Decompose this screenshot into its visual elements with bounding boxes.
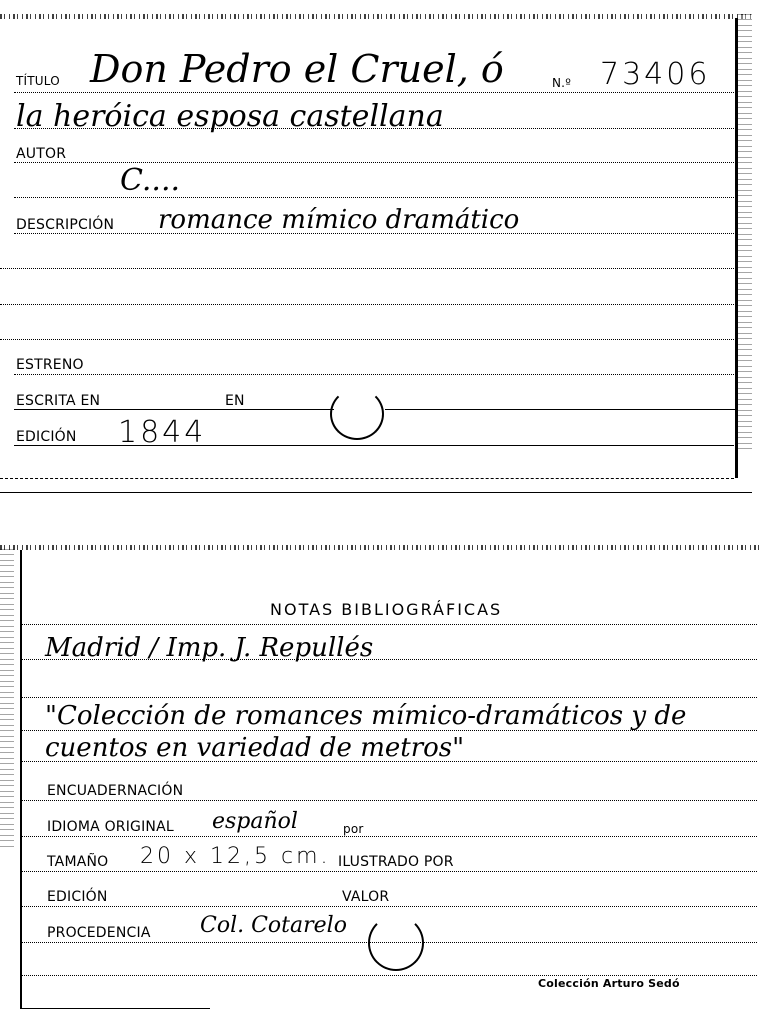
catalog-card-top: TÍTULO Don Pedro el Cruel, ó N.º 73406 l… xyxy=(0,0,759,495)
notas-line-1 xyxy=(22,659,757,660)
stamp-circle-bottom xyxy=(368,915,424,971)
edicion-line-bottom xyxy=(22,906,757,907)
notas-line-2 xyxy=(22,697,757,698)
escrita-en-line-right xyxy=(385,409,735,410)
autor-line-2 xyxy=(14,197,734,198)
bottom-edge-broken xyxy=(0,478,734,479)
note-line-3: cuentos en variedad de metros" xyxy=(45,735,464,761)
descripcion-line xyxy=(14,233,734,234)
titulo-line-2 xyxy=(14,128,734,129)
numero-label: N.º xyxy=(552,77,571,89)
idioma-value: español xyxy=(212,811,298,833)
blank-line-1 xyxy=(0,268,734,269)
blank-line-3 xyxy=(0,339,734,340)
titulo-value-line1: Don Pedro el Cruel, ó xyxy=(90,50,504,88)
escrita-en-line xyxy=(14,409,334,410)
card-bottom-top-edge xyxy=(0,545,759,550)
catalog-card-bottom: NOTAS BIBLIOGRÁFICAS Madrid / Imp. J. Re… xyxy=(0,535,759,1028)
encuadernacion-label: ENCUADERNACIÓN xyxy=(47,784,183,798)
numero-value: 73406 xyxy=(600,60,710,90)
card-top-edge xyxy=(0,14,752,19)
note-line-1: Madrid / Imp. J. Repullés xyxy=(45,635,373,661)
notas-line-4 xyxy=(22,761,757,762)
card-right-edge-texture xyxy=(738,14,752,454)
estreno-label: ESTRENO xyxy=(16,358,84,372)
edicion-value: 1844 xyxy=(118,418,206,448)
escrita-en-label: ESCRITA EN xyxy=(16,394,100,408)
procedencia-line xyxy=(22,942,757,943)
autor-value: C.... xyxy=(120,166,180,196)
idioma-label: IDIOMA ORIGINAL xyxy=(47,820,174,834)
idioma-line xyxy=(22,836,757,837)
procedencia-value: Col. Cotarelo xyxy=(200,915,347,937)
notas-line-3 xyxy=(22,730,757,731)
edicion-label-bottom: EDICIÓN xyxy=(47,890,108,904)
descripcion-label: DESCRIPCIÓN xyxy=(16,218,114,232)
encuadernacion-line xyxy=(22,800,757,801)
tamano-label: TAMAÑO xyxy=(47,855,108,869)
en-label: EN xyxy=(225,394,245,408)
tamano-value: 20 x 12,5 cm. xyxy=(140,846,331,868)
procedencia-label: PROCEDENCIA xyxy=(47,926,151,940)
blank-line-2 xyxy=(0,304,734,305)
collection-credit: Colección Arturo Sedó xyxy=(538,978,680,989)
edicion-label: EDICIÓN xyxy=(16,430,77,444)
descripcion-value: romance mímico dramático xyxy=(158,207,519,233)
note-line-2: "Colección de romances mímico-dramáticos… xyxy=(45,703,686,729)
notas-line-0 xyxy=(22,624,757,625)
titulo-label: TÍTULO xyxy=(16,75,60,87)
card-left-edge-texture xyxy=(0,549,14,849)
por-label: por xyxy=(343,823,364,835)
estreno-line xyxy=(14,374,734,375)
card-right-border xyxy=(735,18,738,478)
card-separator xyxy=(0,492,752,493)
card-left-border xyxy=(20,550,22,1008)
valor-label: VALOR xyxy=(342,890,389,904)
stamp-circle-top xyxy=(330,388,384,440)
titulo-line xyxy=(14,92,734,93)
edicion-line xyxy=(14,445,734,446)
card-bottom-border xyxy=(20,1008,210,1009)
credit-line xyxy=(22,975,757,976)
notas-heading: NOTAS BIBLIOGRÁFICAS xyxy=(270,602,502,618)
tamano-line xyxy=(22,871,757,872)
ilustrado-label: ILUSTRADO POR xyxy=(338,855,454,869)
autor-label: AUTOR xyxy=(16,147,66,161)
